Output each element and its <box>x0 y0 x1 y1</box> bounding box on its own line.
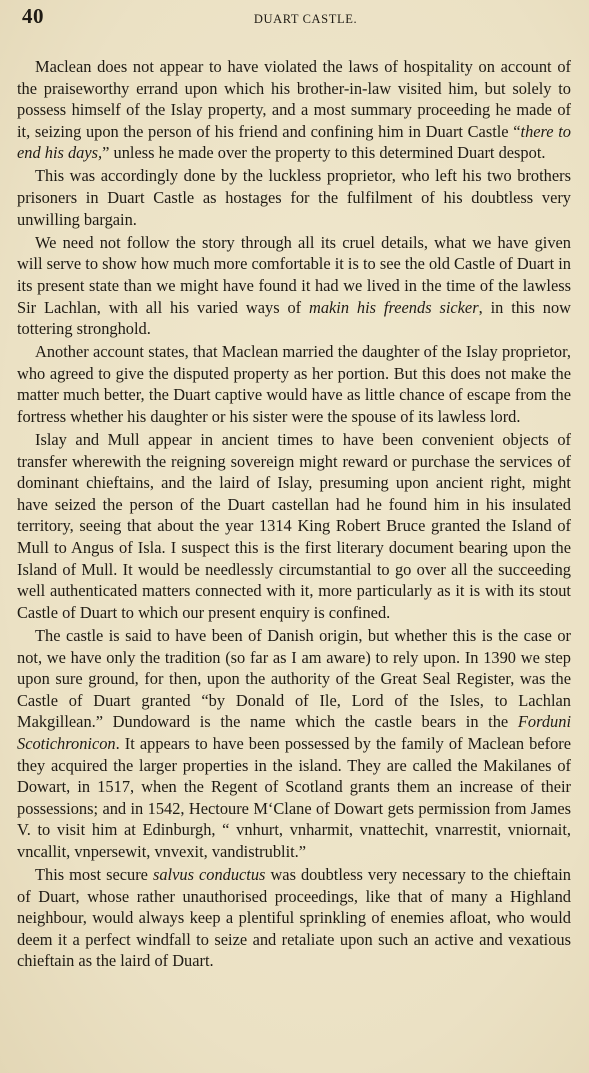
paragraph: The castle is said to have been of Danis… <box>17 625 571 863</box>
book-page: 40 DUART CASTLE. Maclean does not appear… <box>0 0 589 1073</box>
text-segment: Another account states, that Maclean mar… <box>17 342 571 426</box>
text-segment: ” unless he made over the property to th… <box>102 143 545 162</box>
running-title: DUART CASTLE. <box>22 12 569 27</box>
paragraph: We need not follow the story through all… <box>17 232 571 340</box>
text-segment: Islay and Mull appear in ancient times t… <box>17 430 571 622</box>
paragraph: This most secure salvus conductus was do… <box>17 864 571 972</box>
paragraph: Islay and Mull appear in ancient times t… <box>17 429 571 623</box>
italic-phrase: salvus conductus <box>153 865 265 884</box>
text-segment: The castle is said to have been of Danis… <box>17 626 571 731</box>
body-text: Maclean does not appear to have violated… <box>17 56 571 972</box>
running-head: 40 DUART CASTLE. <box>22 4 569 34</box>
text-segment: Maclean does not appear to have violated… <box>17 57 571 141</box>
paragraph: Another account states, that Maclean mar… <box>17 341 571 427</box>
text-segment: This was accordingly done by the luckles… <box>17 166 571 228</box>
paragraph: This was accordingly done by the luckles… <box>17 165 571 230</box>
paragraph: Maclean does not appear to have violated… <box>17 56 571 164</box>
italic-phrase: makin his freends sicker <box>309 298 479 317</box>
text-segment: This most secure <box>35 865 153 884</box>
